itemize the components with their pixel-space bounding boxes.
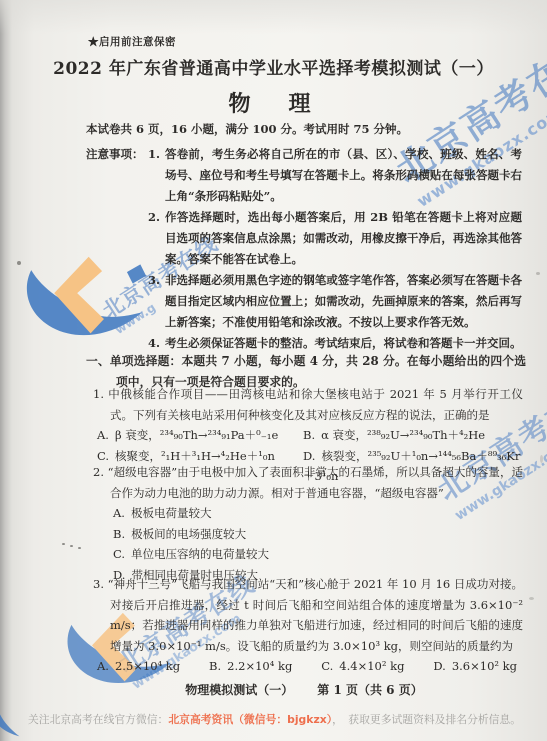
option-c: C.单位电压容纳的电荷量较大 bbox=[113, 544, 523, 565]
promo-prefix: 关注北京高考在线官方微信： bbox=[28, 713, 168, 726]
option-text: 2.5×10⁴ kg bbox=[115, 659, 180, 673]
scanned-exam-page: 北京高考在线 www.gkaozx.com 北京高考在线 www.g 北京高考在… bbox=[0, 0, 547, 741]
question-text: 2. “超级电容器”由于电极中加入了表面积非常大的石墨烯，所以具备超大的容量，适… bbox=[93, 462, 523, 503]
notice-item: 1. 答卷前，考生务必将自己所在的市（县、区）、学校、班级、姓名、考场号、座位号… bbox=[148, 144, 522, 207]
option-label: C. bbox=[113, 547, 125, 561]
option-c: C.4.4×10² kg bbox=[321, 656, 404, 677]
scan-speck bbox=[529, 597, 534, 600]
notice-item-text: 非选择题必须用黑色字迹的钢笔或签字笔作答，答案必须写在答题卡各题目指定区域内相应… bbox=[165, 270, 522, 333]
promo-line: 关注北京高考在线官方微信：北京高考资讯（微信号：bjgkzx）， 获取更多试题资… bbox=[28, 712, 540, 727]
option-label: A. bbox=[97, 428, 109, 442]
scan-speck bbox=[540, 455, 543, 463]
notice-item-number: 2. bbox=[148, 207, 165, 270]
option-b: B.α 衰变，²³⁸₉₂U→²³⁴₉₀Th＋⁴₂He bbox=[303, 425, 523, 446]
options: A.极板电荷量较大 B.极板间的电场强度较大 C.单位电压容纳的电荷量较大 D.… bbox=[93, 503, 523, 585]
notice-block: 注意事项： 1. 答卷前，考生务必将自己所在的市（县、区）、学校、班级、姓名、考… bbox=[86, 144, 522, 354]
option-a: A.极板电荷量较大 bbox=[113, 503, 523, 524]
notice-item-number: 1. bbox=[148, 144, 165, 207]
notice-items: 1. 答卷前，考生务必将自己所在的市（县、区）、学校、班级、姓名、考场号、座位号… bbox=[148, 144, 522, 354]
option-label: C. bbox=[97, 449, 109, 463]
option-d: D.3.6×10² kg bbox=[433, 656, 517, 677]
option-text: 3.6×10² kg bbox=[452, 659, 517, 673]
notice-item-text: 答卷前，考生务必将自己所在的市（县、区）、学校、班级、姓名、考场号、座位号和考生… bbox=[165, 144, 522, 207]
page-footer: 物理模拟测试（一）第 1 页（共 6 页） bbox=[86, 681, 522, 698]
scan-speck bbox=[62, 543, 65, 545]
question-stem: 中俄核能合作项目——田湾核电站和徐大堡核电站于 2021 年 5 月举行开工仪式… bbox=[108, 387, 523, 422]
question-number: 2. bbox=[93, 465, 104, 479]
option-b: B.2.2×10⁴ kg bbox=[209, 656, 292, 677]
option-label: B. bbox=[209, 659, 221, 673]
subject-title: 物 理 bbox=[0, 87, 547, 118]
option-text: α 衰变，²³⁸₉₂U→²³⁴₉₀Th＋⁴₂He bbox=[321, 428, 485, 442]
scan-speck bbox=[17, 261, 21, 265]
option-text: 核聚变，²₁H＋³₁H→⁴₂He＋¹₀n bbox=[115, 449, 275, 463]
scan-speck bbox=[70, 545, 73, 547]
scan-speck bbox=[536, 272, 540, 275]
page-title: 2022 年广东省普通高中学业水平选择考模拟测试（一） bbox=[0, 54, 547, 79]
option-text: 极板间的电场强度较大 bbox=[131, 527, 246, 541]
question-stem: “神舟十三号”飞船与我国空间站“天和”核心舱于 2021 年 10 月 16 日… bbox=[108, 577, 523, 653]
question-text: 3. “神舟十三号”飞船与我国空间站“天和”核心舱于 2021 年 10 月 1… bbox=[93, 574, 523, 656]
question-2: 2. “超级电容器”由于电极中加入了表面积非常大的石墨烯，所以具备超大的容量，适… bbox=[93, 462, 523, 585]
question-stem: “超级电容器”由于电极中加入了表面积非常大的石墨烯，所以具备超大的容量，适合作为… bbox=[108, 465, 523, 500]
option-label: B. bbox=[303, 428, 315, 442]
paper-info: 本试卷共 6 页，16 小题，满分 100 分。考试用时 75 分钟。 bbox=[86, 121, 408, 137]
option-a: A.β 衰变，²³⁴₉₀Th→²³⁴₉₁Pa＋⁰₋₁e bbox=[97, 425, 303, 446]
option-label: A. bbox=[97, 659, 109, 673]
option-label: A. bbox=[113, 506, 125, 520]
notice-item-text: 作答选择题时，选出每小题答案后，用 2B 铅笔在答题卡上将对应题目选项的答案信息… bbox=[165, 207, 522, 270]
question-number: 3. bbox=[93, 577, 104, 591]
security-note: ★启用前注意保密 bbox=[88, 34, 176, 49]
options: A.2.5×10⁴ kg B.2.2×10⁴ kg C.4.4×10² kg D… bbox=[93, 656, 523, 677]
notice-item: 3. 非选择题必须用黑色字迹的钢笔或签字笔作答，答案必须写在答题卡各题目指定区域… bbox=[148, 270, 522, 333]
option-text: β 衰变，²³⁴₉₀Th→²³⁴₉₁Pa＋⁰₋₁e bbox=[115, 428, 278, 442]
promo-suffix: ， 获取更多试题资料及排名分析信息。 bbox=[332, 713, 521, 726]
option-label: D. bbox=[433, 659, 445, 673]
option-text: 4.4×10² kg bbox=[339, 659, 404, 673]
option-a: A.2.5×10⁴ kg bbox=[97, 656, 180, 677]
option-text: 单位电压容纳的电荷量较大 bbox=[131, 547, 269, 561]
option-label: C. bbox=[321, 659, 333, 673]
option-text: 2.2×10⁴ kg bbox=[227, 659, 292, 673]
footer-page-number: 第 1 页（共 6 页） bbox=[317, 683, 422, 697]
notice-label: 注意事项： bbox=[86, 144, 148, 354]
question-number: 1. bbox=[93, 387, 104, 401]
question-3: 3. “神舟十三号”飞船与我国空间站“天和”核心舱于 2021 年 10 月 1… bbox=[93, 574, 523, 677]
option-label: B. bbox=[113, 527, 125, 541]
scan-speck bbox=[78, 547, 81, 549]
footer-doc-label: 物理模拟测试（一） bbox=[185, 683, 293, 697]
notice-item: 2. 作答选择题时，选出每小题答案后，用 2B 铅笔在答题卡上将对应题目选项的答… bbox=[148, 207, 522, 270]
option-text: 极板电荷量较大 bbox=[131, 506, 212, 520]
notice-item-number: 3. bbox=[148, 270, 165, 333]
promo-wechat-account: 北京高考资讯（微信号：bjgkzx） bbox=[168, 713, 332, 726]
option-label: D. bbox=[303, 449, 315, 463]
option-b: B.极板间的电场强度较大 bbox=[113, 524, 523, 545]
question-text: 1. 中俄核能合作项目——田湾核电站和徐大堡核电站于 2021 年 5 月举行开… bbox=[93, 384, 523, 425]
